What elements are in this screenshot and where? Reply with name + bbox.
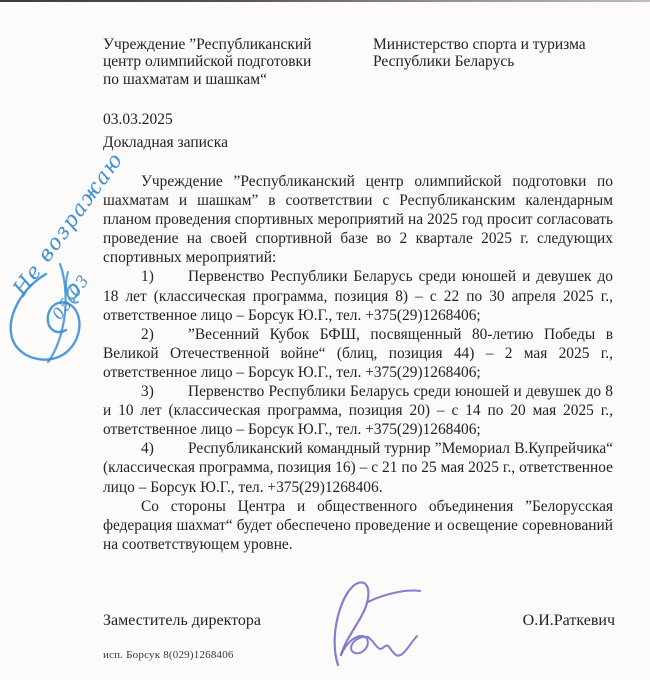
recipient-org-line: Республики Беларусь <box>373 53 613 70</box>
executor-note: исп. Борсук 8(029)1268406 <box>103 649 234 661</box>
document-title: Докладная записка <box>103 134 228 152</box>
list-item: 1)Первенство Республики Беларусь среди ю… <box>103 267 613 324</box>
list-item-number: 2) <box>141 325 188 344</box>
intro-paragraph: Учреждение ”Республиканский центр олимпи… <box>103 172 613 267</box>
list-item-number: 4) <box>141 439 188 458</box>
sender-org-line: центр олимпийской подготовки <box>103 53 355 70</box>
sender-org-line: по шахматам и шашкам“ <box>103 71 355 88</box>
sender-org-line: Учреждение ”Республиканский <box>103 36 355 53</box>
closing-paragraph: Со стороны Центра и общественного объеди… <box>103 497 613 554</box>
signer-name: О.И.Раткевич <box>523 612 615 630</box>
recipient-org-line: Министерство спорта и туризма <box>373 36 613 53</box>
list-item: 4)Республиканский командный турнир ”Мемо… <box>103 439 613 496</box>
list-item-number: 1) <box>141 267 188 286</box>
list-item: 2)”Весенний Кубок БФШ, посвященный 80-ле… <box>103 325 613 382</box>
list-item-number: 3) <box>141 382 188 401</box>
recipient-org-block: Министерство спорта и туризма Республики… <box>373 36 613 88</box>
signer-position: Заместитель директора <box>103 612 261 630</box>
scan-edge-artifact <box>0 0 650 2</box>
document-body: Учреждение ”Республиканский центр олимпи… <box>103 172 613 554</box>
list-item: 3)Первенство Республики Беларусь среди ю… <box>103 382 613 439</box>
signature-row: Заместитель директора О.И.Раткевич <box>103 612 615 630</box>
scanned-memo-page: Учреждение ”Республиканский центр олимпи… <box>0 0 650 680</box>
document-header: Учреждение ”Республиканский центр олимпи… <box>103 36 613 88</box>
document-date: 03.03.2025 <box>103 111 173 129</box>
resolution-signature-flourish <box>2 258 117 373</box>
handwritten-resolution-date: 05.03 <box>48 271 93 323</box>
sender-org-block: Учреждение ”Республиканский центр олимпи… <box>103 36 355 88</box>
